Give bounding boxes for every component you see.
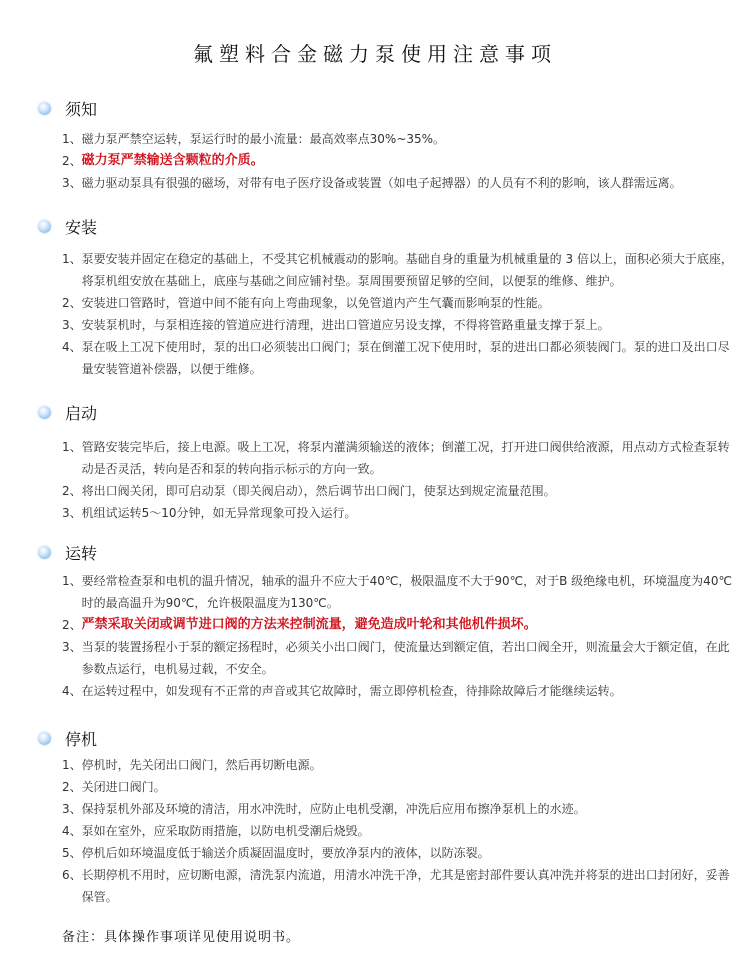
item-number: 1、	[62, 570, 82, 614]
item-text: 停机时，先关闭出口阀门，然后再切断电源。	[82, 754, 738, 776]
item-number: 2、	[62, 614, 82, 636]
item-text: 当泵的装置扬程小于泵的额定扬程时，必须关小出口阀门，使流量达到额定值，若出口阀全…	[82, 636, 738, 680]
section-notice: 须知 1、磁力泵严禁空运转，泵运行时的最小流量：最高效率点30%~35%。 2、…	[38, 96, 738, 194]
section-header: 运转	[38, 540, 738, 564]
item-text: 磁力驱动泵具有很强的磁场，对带有电子医疗设备或装置（如电子起搏器）的人员有不利的…	[82, 172, 738, 194]
list-item: 2、关闭进口阀门。	[62, 776, 738, 798]
section-shutdown: 停机 1、停机时，先关闭出口阀门，然后再切断电源。 2、关闭进口阀门。 3、保持…	[38, 726, 738, 908]
item-text: 安装泵机时，与泵相连接的管道应进行清理，进出口管道应另设支撑，不得将管路重量支撑…	[82, 314, 738, 336]
section-title: 停机	[65, 727, 97, 750]
list-item: 1、管路安装完毕后，接上电源。吸上工况，将泵内灌满须输送的液体；倒灌工况，打开进…	[62, 436, 738, 480]
item-text: 磁力泵严禁空运转，泵运行时的最小流量：最高效率点30%~35%。	[82, 128, 738, 150]
item-text: 管路安装完毕后，接上电源。吸上工况，将泵内灌满须输送的液体；倒灌工况，打开进口阀…	[82, 436, 738, 480]
item-text: 在运转过程中，如发现有不正常的声音或其它故障时，需立即停机检查，待排除故障后才能…	[82, 680, 738, 702]
list-item: 3、保持泵机外部及环境的清洁，用水冲洗时，应防止电机受潮，冲洗后应用布擦净泵机上…	[62, 798, 738, 820]
list-item: 2、安装进口管路时，管道中间不能有向上弯曲现象，以免管道内产生气囊而影响泵的性能…	[62, 292, 738, 314]
item-number: 2、	[62, 150, 82, 172]
list-item: 3、安装泵机时，与泵相连接的管道应进行清理，进出口管道应另设支撑，不得将管路重量…	[62, 314, 738, 336]
bullet-icon	[38, 732, 51, 745]
item-number: 3、	[62, 502, 82, 524]
bullet-icon	[38, 546, 51, 559]
list-item: 1、泵要安装并固定在稳定的基础上，不受其它机械震动的影响。基础自身的重量为机械重…	[62, 248, 738, 292]
item-number: 4、	[62, 680, 82, 702]
item-text: 磁力泵严禁输送含颗粒的介质。	[82, 150, 738, 172]
item-text: 安装进口管路时，管道中间不能有向上弯曲现象，以免管道内产生气囊而影响泵的性能。	[82, 292, 738, 314]
section-title: 运转	[65, 541, 97, 564]
list-item-warning: 2、严禁采取关闭或调节进口阀的方法来控制流量，避免造成叶轮和其他机件损坏。	[62, 614, 738, 636]
item-text: 要经常检查泵和电机的温升情况，轴承的温升不应大于40℃，极限温度不大于90℃，对…	[82, 570, 738, 614]
item-number: 2、	[62, 776, 82, 798]
item-text: 泵如在室外，应采取防雨措施，以防电机受潮后烧毁。	[82, 820, 738, 842]
item-number: 4、	[62, 820, 82, 842]
list-item: 1、磁力泵严禁空运转，泵运行时的最小流量：最高效率点30%~35%。	[62, 128, 738, 150]
list-item: 4、泵如在室外，应采取防雨措施，以防电机受潮后烧毁。	[62, 820, 738, 842]
item-list: 1、泵要安装并固定在稳定的基础上，不受其它机械震动的影响。基础自身的重量为机械重…	[62, 248, 738, 380]
list-item: 1、停机时，先关闭出口阀门，然后再切断电源。	[62, 754, 738, 776]
list-item: 1、要经常检查泵和电机的温升情况，轴承的温升不应大于40℃，极限温度不大于90℃…	[62, 570, 738, 614]
item-text: 关闭进口阀门。	[82, 776, 738, 798]
item-number: 6、	[62, 864, 82, 908]
item-number: 1、	[62, 248, 82, 292]
bullet-icon	[38, 220, 51, 233]
section-header: 启动	[38, 400, 738, 424]
item-number: 1、	[62, 128, 82, 150]
item-text: 泵要安装并固定在稳定的基础上，不受其它机械震动的影响。基础自身的重量为机械重量的…	[82, 248, 738, 292]
list-item: 5、停机后如环境温度低于输送介质凝固温度时，要放净泵内的液体，以防冻裂。	[62, 842, 738, 864]
footnote: 备注：具体操作事项详见使用说明书。	[62, 926, 300, 945]
item-number: 1、	[62, 754, 82, 776]
item-text: 泵在吸上工况下使用时，泵的出口必须装出口阀门；泵在倒灌工况下使用时，泵的进出口都…	[82, 336, 738, 380]
item-text: 保持泵机外部及环境的清洁，用水冲洗时，应防止电机受潮，冲洗后应用布擦净泵机上的水…	[82, 798, 738, 820]
item-text: 长期停机不用时，应切断电源，清洗泵内流道，用清水冲洗干净，尤其是密封部件要认真冲…	[82, 864, 738, 908]
item-text: 停机后如环境温度低于输送介质凝固温度时，要放净泵内的液体，以防冻裂。	[82, 842, 738, 864]
list-item: 4、泵在吸上工况下使用时，泵的出口必须装出口阀门；泵在倒灌工况下使用时，泵的进出…	[62, 336, 738, 380]
section-installation: 安装 1、泵要安装并固定在稳定的基础上，不受其它机械震动的影响。基础自身的重量为…	[38, 214, 738, 380]
section-operation: 运转 1、要经常检查泵和电机的温升情况，轴承的温升不应大于40℃，极限温度不大于…	[38, 540, 738, 702]
item-number: 2、	[62, 480, 82, 502]
item-number: 3、	[62, 172, 82, 194]
item-number: 3、	[62, 314, 82, 336]
section-header: 安装	[38, 214, 738, 238]
item-number: 3、	[62, 798, 82, 820]
bullet-icon	[38, 406, 51, 419]
item-number: 4、	[62, 336, 82, 380]
section-header: 停机	[38, 726, 738, 750]
item-number: 1、	[62, 436, 82, 480]
item-text: 机组试运转5～10分钟，如无异常现象可投入运行。	[82, 502, 738, 524]
item-text: 严禁采取关闭或调节进口阀的方法来控制流量，避免造成叶轮和其他机件损坏。	[82, 614, 738, 636]
item-number: 2、	[62, 292, 82, 314]
item-list: 1、要经常检查泵和电机的温升情况，轴承的温升不应大于40℃，极限温度不大于90℃…	[62, 570, 738, 702]
list-item: 3、机组试运转5～10分钟，如无异常现象可投入运行。	[62, 502, 738, 524]
item-list: 1、停机时，先关闭出口阀门，然后再切断电源。 2、关闭进口阀门。 3、保持泵机外…	[62, 754, 738, 908]
section-header: 须知	[38, 96, 738, 120]
item-number: 3、	[62, 636, 82, 680]
list-item: 4、在运转过程中，如发现有不正常的声音或其它故障时，需立即停机检查，待排除故障后…	[62, 680, 738, 702]
item-list: 1、磁力泵严禁空运转，泵运行时的最小流量：最高效率点30%~35%。 2、磁力泵…	[62, 128, 738, 194]
item-number: 5、	[62, 842, 82, 864]
section-title: 须知	[65, 97, 97, 120]
page-title: 氟塑料合金磁力泵使用注意事项	[0, 38, 750, 67]
list-item: 3、当泵的装置扬程小于泵的额定扬程时，必须关小出口阀门，使流量达到额定值，若出口…	[62, 636, 738, 680]
item-list: 1、管路安装完毕后，接上电源。吸上工况，将泵内灌满须输送的液体；倒灌工况，打开进…	[62, 436, 738, 524]
list-item-warning: 2、磁力泵严禁输送含颗粒的介质。	[62, 150, 738, 172]
section-title: 启动	[65, 401, 97, 424]
list-item: 2、将出口阀关闭，即可启动泵（即关阀启动），然后调节出口阀门，使泵达到规定流量范…	[62, 480, 738, 502]
bullet-icon	[38, 102, 51, 115]
list-item: 6、长期停机不用时，应切断电源，清洗泵内流道，用清水冲洗干净，尤其是密封部件要认…	[62, 864, 738, 908]
list-item: 3、磁力驱动泵具有很强的磁场，对带有电子医疗设备或装置（如电子起搏器）的人员有不…	[62, 172, 738, 194]
section-title: 安装	[65, 215, 97, 238]
item-text: 将出口阀关闭，即可启动泵（即关阀启动），然后调节出口阀门，使泵达到规定流量范围。	[82, 480, 738, 502]
section-startup: 启动 1、管路安装完毕后，接上电源。吸上工况，将泵内灌满须输送的液体；倒灌工况，…	[38, 400, 738, 524]
